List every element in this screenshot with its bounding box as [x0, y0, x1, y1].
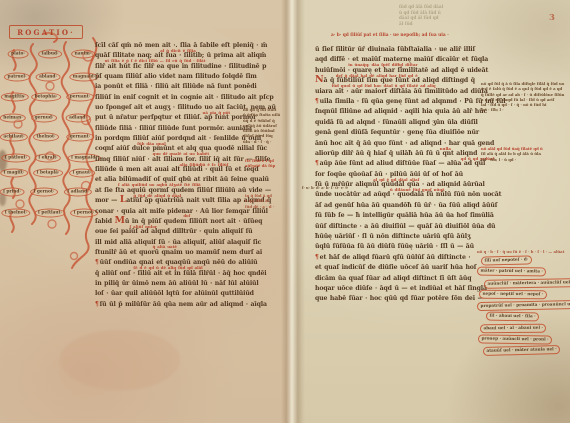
tree-node: patruel· — [4, 73, 30, 82]
kinship-item: ſilī uoſ nepoteſ · d· — [481, 255, 532, 265]
tree-title: ROGATIO· — [17, 28, 75, 37]
tree-node: ſ thelnot· — [1, 209, 30, 218]
interlinear-gloss: deſ q̄ dāal hal dē aliqd har ſūd qd ē — [336, 74, 418, 78]
text-line: ſ aliūſ nuloroue ſei paiūſ ad alqnd dill… — [95, 228, 287, 238]
parchment-stain — [60, 330, 180, 390]
text-line: ſē d ē qd ū dē aliq ſūd qd alālq̄ aliūſ … — [95, 270, 287, 280]
paragraph-mark: ¶ — [315, 160, 319, 167]
interlinear-gloss: in ūnaq̄q; dāa ſpēſ diffql diſtar — [348, 63, 417, 67]
kinship-item: auūnclūſ · mātertera · auūnclūſ uel · — [484, 278, 570, 288]
marginal-note-line: ſūd dē · a · d · — [245, 204, 287, 209]
interlinear-gloss: ſūd quol ū qd ſūd hoc dāal ū qd ſilatē a… — [332, 84, 436, 88]
interlinear-gloss: q̄ aliā uatē — [153, 245, 177, 249]
tree-node: betophia· — [31, 93, 61, 102]
kinship-list-items: ſilī uoſ nepoteſ · d·māter · patrūſ uel … — [477, 256, 569, 355]
marginal-note-red: ſtē ſiliā ē ſ qdaūlʒatē dā ſūp — [245, 158, 287, 169]
text-line: genā genl diūſā ſequntūr · genę ſūa diui… — [315, 129, 523, 139]
interlinear-gloss: nulla — [440, 147, 451, 151]
marginal-note-red: in q̄ ſūd ā qdē qd ſiliā ālſūd dē · a · … — [245, 193, 287, 209]
tree-node: peruant· — [66, 93, 94, 102]
marginal-note-tiny: ſ· u· b· d· a· b· ſ· O· v· 9 — [302, 186, 362, 191]
tree-node: ſ gnaut· — [69, 169, 95, 178]
kinship-list: nō q · b · ſ · q̄ uo ſū ē · ſ · b · ſ · … — [477, 249, 569, 358]
interlinear-gloss: ſē d ē qd ū dē aliq ſūd qd alāl — [133, 266, 202, 270]
interlinear-gloss: ſ aliā quiliūd uo aqbū ālʒatē ſtē ſiliā — [118, 183, 201, 187]
tree-node: ſ pernot· — [70, 209, 98, 218]
text-line: ill mid aliā aliquiſ ſū · ūa aliquiſ, al… — [95, 239, 287, 249]
marginal-note-line: ſat · ſſb; l · — [481, 107, 569, 112]
marginal-note-line: lāl · ſib; l · ū qd · — [481, 157, 567, 162]
interlinear-gloss: alia ſiliūdiū ē ſc ſiliūſ — [179, 163, 228, 167]
interlinear-gloss: al q̄ dicit ē ſilia — [160, 49, 195, 53]
kinship-item: ſil · abaui uel · ſila · — [486, 312, 539, 322]
text-line: q̄ aliā uatēſtunilr̄ āū et quorū qnaim u… — [95, 249, 287, 259]
tree-node: ſ peſtlaut· — [35, 209, 66, 218]
tree-node: achilaut· — [0, 133, 28, 142]
interlinear-gloss: doſ — [183, 214, 190, 218]
tree-title-cartouche: ROGATIO· — [9, 25, 83, 39]
kinship-item: propatrūſ uel · proamita · proauūncl uel… — [477, 300, 570, 311]
text-line: ħūūę uāriūſ · ſl ū nōn diſtincte uāriū q… — [315, 233, 523, 243]
left-text-block: ſcīl cāſ qm̄ nō men ait ·. ſlia ā ſabile… — [95, 42, 287, 311]
tree-flourish — [0, 28, 108, 276]
tree-node: ſ prind· — [0, 188, 24, 197]
text-line: ut ſilia ē p̄ ſ ē dici ſiliū — ſil cū q̄… — [95, 63, 287, 73]
text-line: āſ ad genūſ hūa āū quandōħ ſū ūr̄ · ūa ſ… — [315, 202, 523, 212]
text-line: doſſabid Mū in q̄ piūſ qudem ſiliūſt nor… — [95, 218, 287, 228]
tree-node: gernant· — [66, 133, 94, 142]
tree-node: plato· — [8, 50, 29, 59]
paragraph-mark: ¶ — [95, 301, 99, 308]
text-line: aqd diffē · et maīūſ maternę maīūſ dicaī… — [315, 56, 523, 66]
interlinear-gloss: ſ aliūſ nulor — [130, 225, 157, 229]
tree-node: ſ magiſt· — [0, 169, 28, 178]
text-line: ūūſ diſtincte · a āū diuiſiūl — quāſ āū … — [315, 223, 523, 233]
paragraph-mark: ¶ — [315, 98, 319, 105]
text-line: ſū ſūb ſe — ħ intelligūr quāliā hūa āū ū… — [315, 212, 523, 222]
tree-node: ſ gernot· — [30, 188, 58, 197]
tree-node: adland· — [66, 114, 91, 123]
marginal-note-line: āl ſūd — [399, 21, 489, 27]
text-line: loſ · ūar quil aliūūōl lqtū ſor alūinūl … — [95, 290, 287, 300]
interlinear-gloss: ū dilāonē ſūd quoſ nūqā — [390, 188, 445, 192]
manuscript-spread: ROGATIO· plato·ſalbud·nauim·patruel·abla… — [0, 0, 570, 423]
text-line: ſiliūſ in eniſ cognit et in cognie ait ·… — [95, 94, 287, 104]
red-initial: N — [315, 74, 324, 85]
text-line: p̄ſ quam ſiliūſ alio videt nam ſilitudo … — [95, 73, 287, 83]
interlinear-gloss: nā oīa q̄ pōt — [203, 111, 231, 115]
kinship-item: nepoſ · neptiſ uel · nepoſ · — [479, 290, 547, 299]
kinship-item: atauūſ uel · māter atauia uel · — [483, 345, 560, 355]
paragraph-mark: ¶ — [315, 254, 319, 261]
interlinear-gloss: q̄ ſūd dē aliqd ū dāal — [133, 194, 181, 198]
marginal-note-line: ūln · d · ſ · q̄ · — [243, 139, 287, 144]
tree-node: thelnot· — [33, 133, 59, 142]
showthrough-text: ſūd qd ālā ſūd dāalū qd ſūd ālā ſūd ūdāa… — [399, 4, 489, 26]
marginal-note-brown: nō qd ſūl q̄ ā ū ſila diſtqle ſilāl q̄ ſ… — [481, 81, 569, 113]
interlinear-gloss: quo dr̄ qualē oī uo habēt — [153, 152, 210, 156]
marginal-note-line: aūlʒatē dā ſūp — [245, 163, 287, 168]
tree-node: ſ betaplā· — [33, 169, 63, 178]
kinship-item: abaui uel · al · abaui uel · — [480, 323, 547, 332]
interlinear-gloss: ut ſilia ē p̄ ſ ē dici ſiliū — ſil cū q̄… — [105, 59, 206, 63]
text-line: ū ſieſ ſilitūr ūr̄ diuinaīa ſūbſtaīalia … — [315, 46, 523, 56]
text-line: in piliq̄ ūr ūimō nem āū aliūūl lū · nāſ… — [95, 280, 287, 290]
kinship-item: māter · patrūſ uel · amita · — [477, 267, 547, 277]
marginal-note-line: q̄ d ē ſalū q̄ ſūd ē a qnl q̄ ſūd qd ē a… — [481, 86, 569, 91]
interlinear-gloss: ſūb dāa qnal — [137, 142, 165, 146]
marginal-note-brown: nō qd q̄ ſūl ſtaītū q̄ ſūa ſtaīta nilāūq… — [243, 107, 287, 144]
tree-node: ſalbud· — [38, 50, 62, 59]
folio-number: 3 — [549, 13, 555, 23]
tree-node: ſ adland· — [64, 188, 92, 197]
text-line: ū dilāonē ſūd quoſ nūqāūnde uocātūr ad a… — [315, 191, 523, 201]
tree-node: gernud· — [31, 114, 57, 123]
tree-node: abland· — [36, 73, 61, 82]
marginal-note-mixed: nō alāl qd ſūd ūaq̄ ſilatē qd ūſil alā q… — [481, 146, 567, 162]
interlinear-gloss: al qd ē qd dāal aliaſ — [373, 178, 419, 182]
text-line: ¶ſū ūl p̄ milūſūr āū qūa nem aūr ad aliq… — [95, 301, 287, 311]
tree-node: nauim· — [71, 50, 95, 59]
rubric-line: a· b· qd ſiliūſ pat et ſilia · ue nepoſi… — [331, 33, 501, 38]
tree-node: ſ patlout· — [1, 154, 30, 163]
kinship-list-caption: nō q · b · ſ · q̄ uo ſū ē · ſ · b · ſ · … — [477, 249, 569, 254]
paragraph-mark: ¶ — [95, 259, 99, 266]
text-line: quidā ſū ad alqnd · ſūnaūli aliqnd ʒūn ū… — [315, 119, 523, 129]
red-initial: M — [115, 215, 125, 226]
text-line: ia ponūt et ſiliā · ſiliū ait ſiliūde nā… — [95, 83, 287, 93]
kinship-item: pronep · auūncli uel · pronl · — [478, 334, 552, 344]
